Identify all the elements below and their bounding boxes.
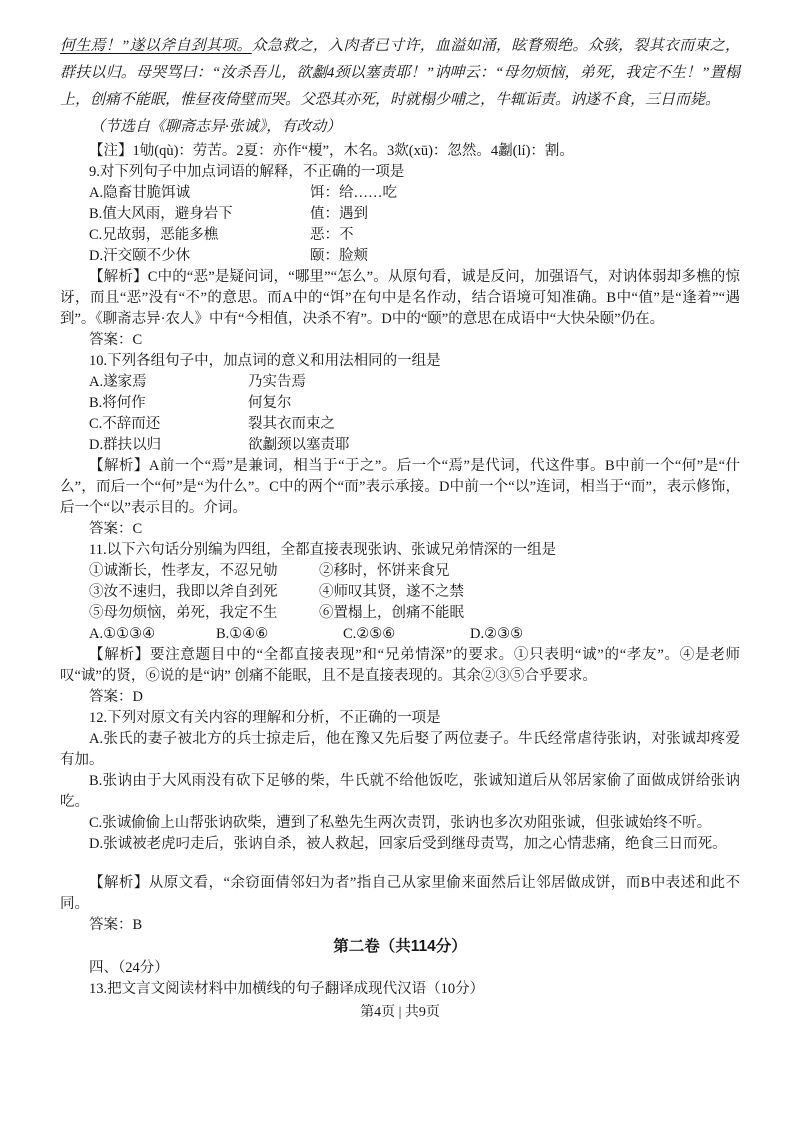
q13-stem: 13.把文言文阅读材料中加横线的句子翻译成现代汉语（10分） bbox=[60, 979, 740, 1000]
q11-sentence-6: ⑥置榻上，创痛不能眠 bbox=[319, 605, 464, 621]
q11-choice-b: B.①④⑥ bbox=[216, 624, 343, 645]
q11-choices-row: A.①①③④B.①④⑥C.②⑤⑥D.②③⑤ bbox=[60, 624, 740, 645]
q11-choice-c: C.②⑤⑥ bbox=[343, 624, 470, 645]
passage-paragraph: 何生焉！”遂以斧自刭其项。众急救之，入肉者已寸许，血溢如涌，眩瞀殒绝。众骇，裂其… bbox=[60, 33, 740, 114]
q10-option-b-left: B.将何作 bbox=[89, 393, 248, 414]
q11-sentence-4: ④师叹其贤，遂不之禁 bbox=[319, 584, 464, 600]
q12-answer: 答案：B bbox=[60, 915, 740, 936]
q11-stem: 11.以下六句话分别编为四组，全都直接表现张讷、张诚兄弟情深的一组是 bbox=[60, 540, 740, 561]
q11-sentence-pair-2: ③汝不速归，我即以斧自刭死④师叹其贤，遂不之禁 bbox=[60, 582, 740, 603]
q11-answer: 答案：D bbox=[60, 687, 740, 708]
q9-option-a-gloss: 饵：给……吃 bbox=[310, 185, 397, 201]
q9-option-d-gloss: 颐：脸颊 bbox=[310, 248, 368, 264]
q11-analysis: 【解析】要注意题目中的“全都直接表现”和“兄弟情深”的要求。①只表明“诚”的“孝… bbox=[60, 645, 740, 687]
q11-sentence-1: ①诚渐长，性孝友，不忍兄劬 bbox=[89, 561, 319, 582]
q9-option-c: C.兄故弱，恶能多樵恶：不 bbox=[60, 225, 740, 246]
q10-answer: 答案：C bbox=[60, 519, 740, 540]
q11-choice-a: A.①①③④ bbox=[89, 624, 216, 645]
q10-option-c-left: C.不辞而还 bbox=[89, 414, 248, 435]
q9-option-b-phrase: B.值大风雨，避身岩下 bbox=[89, 204, 310, 225]
q9-analysis: 【解析】C中的“恶”是疑问词，“哪里”“怎么”。从原句看，诚是反问，加强语气，对… bbox=[60, 267, 740, 330]
underlined-sentence: 何生焉！”遂以斧自刭其项。 bbox=[60, 38, 252, 54]
q10-option-d-left: D.群扶以归 bbox=[89, 435, 248, 456]
q12-analysis: 【解析】从原文看，“余窃面倩邻妇为者”指自己从家里偷来面然后让邻居做成饼，而B中… bbox=[60, 873, 740, 915]
q9-option-c-gloss: 恶：不 bbox=[310, 227, 354, 243]
part-four-label: 四、（24分） bbox=[60, 958, 740, 979]
q10-option-a-right: 乃实告焉 bbox=[248, 374, 306, 390]
q9-answer: 答案：C bbox=[60, 330, 740, 351]
q9-option-d-phrase: D.汗交颐不少休 bbox=[89, 246, 310, 267]
q9-stem: 9.对下列句子中加点词语的解释，不正确的一项是 bbox=[60, 162, 740, 183]
q12-stem: 12.下列对原文有关内容的理解和分析，不正确的一项是 bbox=[60, 708, 740, 729]
q10-option-a-left: A.遂家焉 bbox=[89, 372, 248, 393]
q9-option-a-phrase: A.隐畜甘脆饵诚 bbox=[89, 183, 310, 204]
q11-sentence-pair-1: ①诚渐长，性孝友，不忍兄劬②移时，怀饼来食兄 bbox=[60, 561, 740, 582]
q11-choice-d: D.②③⑤ bbox=[470, 626, 523, 642]
q11-sentence-3: ③汝不速归，我即以斧自刭死 bbox=[89, 582, 319, 603]
q9-option-b: B.值大风雨，避身岩下值：遇到 bbox=[60, 204, 740, 225]
q10-option-c-right: 裂其衣而束之 bbox=[248, 416, 335, 432]
q10-stem: 10.下列各组句子中，加点词的意义和用法相同的一组是 bbox=[60, 351, 740, 372]
section-two-heading: 第二卷（共114分） bbox=[60, 936, 740, 958]
q10-option-d: D.群扶以归欲劙颈以塞责耶 bbox=[60, 435, 740, 456]
q10-option-c: C.不辞而还裂其衣而束之 bbox=[60, 414, 740, 435]
q12-option-d: D.张诚被老虎叼走后，张讷自杀，被人救起，回家后受到继母责骂，加之心情悲痛，绝食… bbox=[60, 834, 740, 855]
q10-option-b-right: 何复尔 bbox=[248, 395, 292, 411]
passage-source: （节选自《聊斋志异·张诚》，有改动） bbox=[60, 114, 740, 141]
q12-option-b: B.张讷由于大风雨没有砍下足够的柴，牛氏就不给他饭吃，张诚知道后从邻居家偷了面做… bbox=[60, 771, 740, 813]
exam-page: 何生焉！”遂以斧自刭其项。众急救之，入肉者已寸许，血溢如涌，眩瞀殒绝。众骇，裂其… bbox=[0, 0, 793, 1122]
q10-option-b: B.将何作何复尔 bbox=[60, 393, 740, 414]
q9-option-a: A.隐畜甘脆饵诚饵：给……吃 bbox=[60, 183, 740, 204]
q10-option-a: A.遂家焉乃实告焉 bbox=[60, 372, 740, 393]
q12-option-a: A.张氏的妻子被北方的兵士掠走后，他在豫又先后娶了两位妻子。牛氏经常虐待张讷，对… bbox=[60, 729, 740, 771]
passage-notes: 【注】1劬(qù)：劳苦。2夏：亦作“榎”，木名。3欻(xū)：忽然。4劙(lí… bbox=[60, 141, 740, 162]
q11-sentence-pair-3: ⑤母勿烦恼，弟死，我定不生⑥置榻上，创痛不能眠 bbox=[60, 603, 740, 624]
q11-sentence-2: ②移时，怀饼来食兄 bbox=[319, 563, 450, 579]
q12-option-c: C.张诚偷偷上山帮张讷砍柴，遭到了私塾先生两次责罚，张讷也多次劝阻张诚，但张诚始… bbox=[60, 813, 740, 834]
q9-option-d: D.汗交颐不少休颐：脸颊 bbox=[60, 246, 740, 267]
q11-sentence-5: ⑤母勿烦恼，弟死，我定不生 bbox=[89, 603, 319, 624]
q10-analysis: 【解析】A前一个“焉”是兼词，相当于“于之”。后一个“焉”是代词，代这件事。B中… bbox=[60, 456, 740, 519]
q10-option-d-right: 欲劙颈以塞责耶 bbox=[248, 437, 350, 453]
q9-option-c-phrase: C.兄故弱，恶能多樵 bbox=[89, 225, 310, 246]
page-number-footer: 第4页 | 共9页 bbox=[60, 1002, 740, 1023]
q9-option-b-gloss: 值：遇到 bbox=[310, 206, 368, 222]
